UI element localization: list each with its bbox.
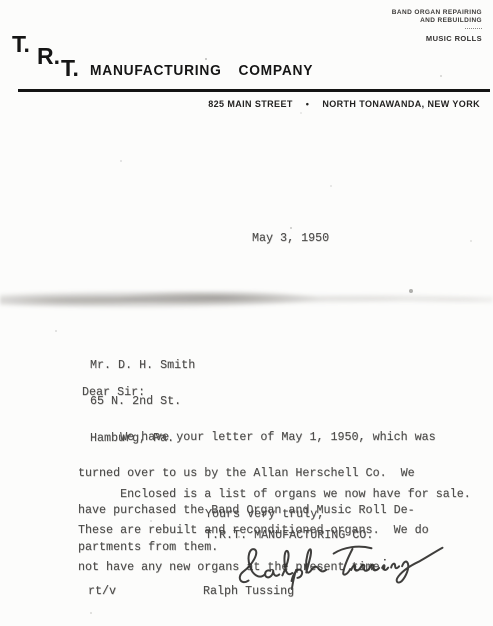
letterhead-street: 825 MAIN STREET [208,99,293,109]
services-divider [465,28,482,29]
letter-page: BAND ORGAN REPAIRING AND REBUILDING MUSI… [0,0,493,626]
services-line-2: AND REBUILDING [392,17,482,25]
typed-signature-name: Ralph Tussing [203,585,294,597]
letter-date: May 3, 1950 [252,232,329,244]
letterhead-city: NORTH TONAWANDA, NEW YORK [322,99,480,109]
body-line: We have your letter of May 1, 1950, whic… [78,431,436,443]
bullet-separator: • [306,100,310,109]
letterhead-initial-r: R. [37,45,60,68]
scan-smudge-artifact [0,283,493,315]
letterhead-company-name: MANUFACTURING COMPANY [90,63,313,79]
services-line-1: BAND ORGAN REPAIRING [392,9,482,17]
closing-phrase: Yours very truly, [205,508,324,520]
letterhead-address: 825 MAIN STREET • NORTH TONAWANDA, NEW Y… [208,99,480,109]
letterhead-rule [18,89,490,92]
body-line: Enclosed is a list of organs we now have… [78,488,471,500]
typist-initials: rt/v [88,585,116,597]
salutation: Dear Sir: [82,386,145,398]
letterhead-initial-t2: T. [61,57,79,80]
letterhead-initial-t1: T. [12,33,30,56]
services-block: BAND ORGAN REPAIRING AND REBUILDING MUSI… [392,9,482,42]
paper-speckles [0,0,2,2]
recipient-name: Mr. D. H. Smith [90,359,195,371]
services-line-3: MUSIC ROLLS [392,35,482,43]
